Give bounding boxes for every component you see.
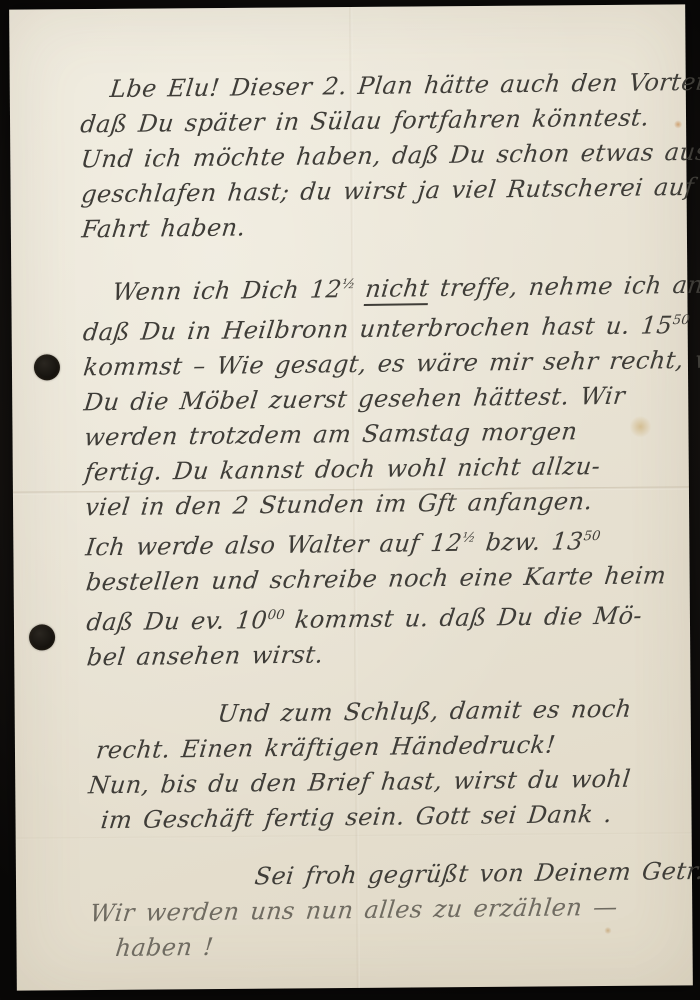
text-segment: Lbe Elu! Dieser 2. Plan hätte auch den V…: [109, 68, 700, 103]
manuscript-paragraph: Wenn ich Dich 12½ nicht treffe, nehme ic…: [80, 263, 677, 675]
text-segment: fertig. Du kannst doch wohl nicht allzu-: [83, 452, 602, 486]
manuscript-paragraph: Sei froh gegrüßt von Deinem Getr.Wir wer…: [87, 854, 680, 966]
text-segment: haben !: [114, 933, 215, 962]
text-segment: Wir werden uns nun alles zu erzählen —: [89, 893, 620, 927]
manuscript-line: bel ansehen wirst.: [85, 633, 681, 675]
manuscript-paragraph: Lbe Elu! Dieser 2. Plan hätte auch den V…: [78, 65, 672, 247]
text-segment: bestellen und schreibe noch eine Karte h…: [85, 561, 668, 596]
superscript-time: 50: [672, 313, 690, 328]
text-segment: Und ich möchte haben, daß Du schon etwas…: [79, 138, 700, 174]
scan-background: Lbe Elu! Dieser 2. Plan hätte auch den V…: [0, 0, 700, 1000]
letter-paper: Lbe Elu! Dieser 2. Plan hätte auch den V…: [9, 4, 693, 990]
text-segment: Wenn ich Dich 12: [111, 275, 343, 306]
text-segment: im Geschäft fertig sein. Gott sei Dank .: [100, 800, 614, 834]
text-segment: daß Du ev. 10: [85, 606, 269, 636]
text-segment: viel in den 2 Stunden im Gft anfangen.: [84, 487, 594, 521]
paper-stain: [674, 120, 682, 128]
punch-hole-top: [34, 354, 60, 380]
manuscript-line: Fahrt haben.: [80, 205, 676, 247]
manuscript-line: im Geschäft fertig sein. Gott sei Dank .: [99, 796, 683, 838]
underlined-word: nicht: [364, 274, 431, 306]
text-segment: kommst – Wie gesagt, es wäre mir sehr re…: [82, 345, 700, 381]
text-segment: recht. Einen kräftigen Händedruck!: [95, 731, 557, 765]
text-segment: Und zum Schluß, damit es noch: [216, 695, 633, 728]
handwriting-text: Lbe Elu! Dieser 2. Plan hätte auch den V…: [78, 65, 681, 966]
superscript-time: 50: [583, 529, 601, 544]
text-segment: Ich werde also Walter auf 12: [84, 529, 463, 562]
text-segment: treffe, nehme ich an,: [428, 271, 700, 302]
text-segment: Sei froh gegrüßt von Deinem Getr.: [253, 857, 700, 891]
text-segment: werden trotzdem am Samstag morgen: [83, 417, 579, 451]
text-segment: Du die Möbel zuerst gesehen hättest. Wir: [82, 382, 626, 417]
text-segment: kommst u. daß Du die Mö-: [282, 602, 643, 634]
text-segment: Nun, bis du den Brief hast, wirst du woh…: [87, 765, 632, 800]
text-segment: daß Du in Heilbronn unterbrochen hast u.…: [82, 311, 674, 346]
manuscript-paragraph: Und zum Schluß, damit es nochrecht. Eine…: [85, 691, 679, 838]
manuscript-line: haben !: [114, 924, 685, 966]
text-segment: geschlafen hast; du wirst ja viel Rutsch…: [80, 172, 700, 208]
text-segment: daß Du später in Sülau fortfahren könnte…: [79, 103, 651, 138]
punch-hole-bottom: [29, 624, 55, 650]
manuscript-line: Wenn ich Dich 12½ nicht treffe, nehme ic…: [111, 263, 677, 310]
manuscript-line: Sei froh gegrüßt von Deinem Getr.: [253, 854, 684, 894]
text-segment: Fahrt haben.: [80, 213, 247, 243]
text-segment: bzw. 13: [473, 527, 584, 556]
manuscript-line: Und zum Schluß, damit es noch: [216, 691, 682, 732]
text-segment: bel ansehen wirst.: [86, 640, 325, 671]
